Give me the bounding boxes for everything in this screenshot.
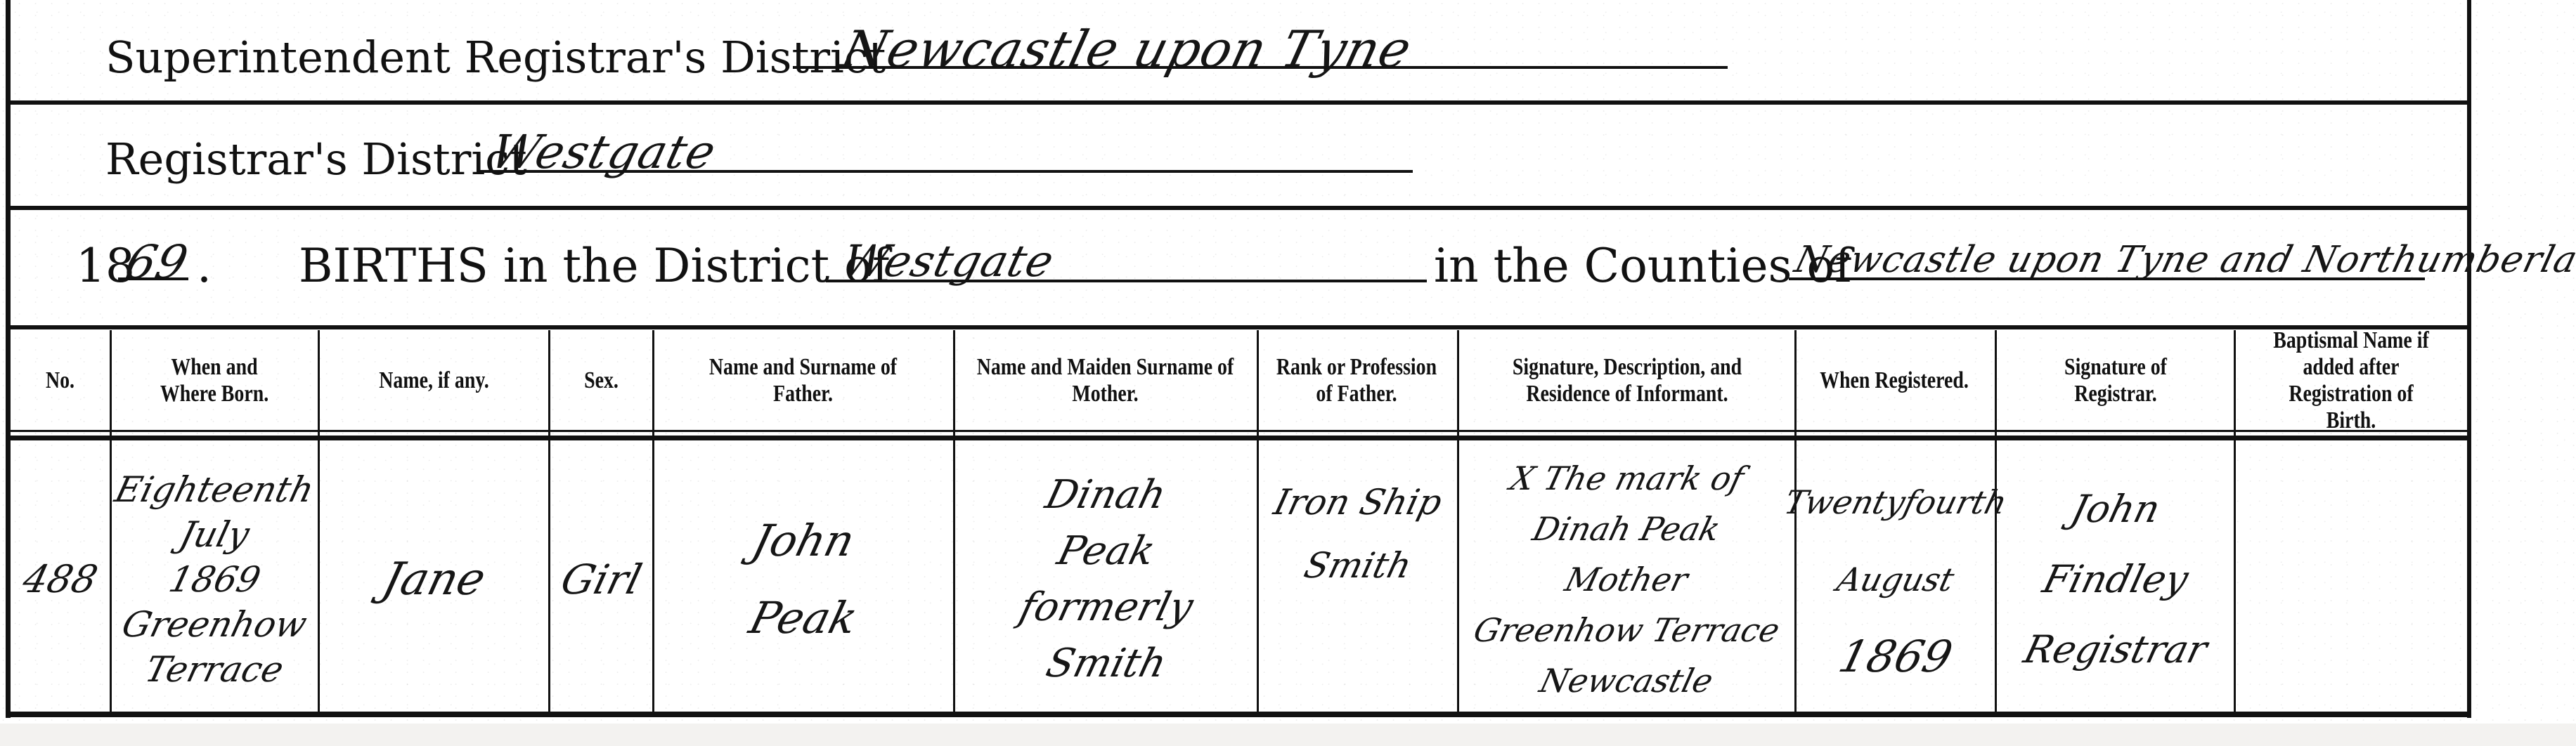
entry-registered: Twentyfourth August 1869 — [1797, 443, 1995, 716]
rule-row2-bottom — [7, 206, 2471, 210]
entry-registrar-line-3: Registrar — [2016, 615, 2215, 685]
entry-profession-line-2: Smith — [1297, 534, 1418, 597]
counties-label: in the Counties of — [1434, 239, 1852, 293]
column-header-no: No. — [20, 332, 101, 430]
entry-father: John Peak — [654, 443, 953, 716]
entry-informant-line-5: Newcastle — [1534, 655, 1719, 706]
entry-father-line-2: Peak — [742, 580, 867, 657]
entry-no: 488 — [11, 443, 110, 716]
entry-no-value: 488 — [18, 556, 102, 603]
entry-registered-line-3: 1869 — [1830, 618, 1960, 695]
rule-header-bottom — [7, 430, 2471, 432]
entry-informant-line-4: Greenhow Terrace — [1468, 605, 1785, 655]
register-page: Superintendent Registrar's District Newc… — [0, 0, 2576, 724]
entry-mother-line-2: Peak — [1051, 523, 1161, 580]
counties-underline — [1789, 277, 2425, 280]
entry-informant-line-2: Dinah Peak — [1527, 504, 1726, 554]
rule-row1-bottom — [7, 100, 2471, 105]
entry-name-value: Jane — [378, 556, 491, 603]
entry-profession: Iron Ship Smith — [1259, 443, 1457, 716]
rule-row3-bottom — [7, 325, 2471, 329]
column-header-sex: Sex. — [559, 332, 643, 430]
counties-value: Newcastle upon Tyne and Northumberland — [1791, 239, 2576, 281]
entry-mother-line-4: Smith — [1040, 636, 1172, 692]
column-header-father: Name and Surname of Father. — [698, 332, 908, 430]
entry-name: Jane — [320, 443, 548, 716]
entry-when-line-2: July — [175, 512, 254, 557]
entry-mother-line-1: Dinah — [1040, 467, 1172, 523]
entry-sex-value: Girl — [556, 556, 646, 603]
column-header-profession: Rank or Profession of Father. — [1270, 332, 1443, 430]
births-district-underline — [826, 280, 1427, 282]
column-header-registered: When Registered. — [1808, 332, 1981, 430]
column-header-informant: Signature, Description, and Residence of… — [1498, 332, 1757, 430]
entry-when-line-4: Greenhow — [117, 602, 311, 647]
entry-registrar: John Findley Registrar — [1997, 443, 2234, 716]
entry-registrar-line-1: John — [2063, 474, 2168, 544]
column-header-registrar: Signature of Registrar. — [2040, 332, 2190, 430]
entry-registered-line-2: August — [1828, 541, 1962, 618]
entry-registrar-line-2: Findley — [2035, 544, 2196, 615]
column-header-mother: Name and Maiden Surname of Mother. — [971, 332, 1239, 430]
entry-mother-line-3: formerly — [1014, 580, 1199, 636]
entry-informant-line-3: Mother — [1560, 554, 1693, 605]
entry-informant-line-1: X The mark of — [1505, 453, 1749, 504]
superintendent-district-label: Superintendent Registrar's District — [105, 32, 886, 83]
entry-when-where: Eighteenth July 1869 Greenhow Terrace — [112, 443, 318, 716]
entry-baptismal — [2236, 443, 2461, 716]
entry-registered-line-1: Twentyfourth — [1775, 464, 2016, 541]
entry-informant: X The mark of Dinah Peak Mother Greenhow… — [1459, 443, 1794, 716]
entry-mother: Dinah Peak formerly Smith — [955, 443, 1257, 716]
entry-when-line-5: Terrace — [141, 647, 288, 692]
entry-father-line-1: John — [744, 502, 863, 580]
entry-profession-line-1: Iron Ship — [1267, 471, 1449, 534]
superintendent-district-underline — [793, 66, 1728, 69]
column-header-name: Name, if any. — [340, 332, 528, 430]
column-header-baptismal: Baptismal Name if added after Registrati… — [2265, 332, 2438, 430]
column-header-when-where: When and Where Born. — [148, 332, 281, 430]
registrar-district-underline — [478, 170, 1413, 173]
births-label: BIRTHS in the District of — [299, 239, 889, 293]
viewer-background-strip — [0, 724, 2576, 746]
entry-sex: Girl — [550, 443, 652, 716]
year-separator: . — [197, 239, 212, 293]
rule-header-bottom-thick — [7, 436, 2471, 440]
entry-when-line-1: Eighteenth — [110, 467, 318, 512]
entry-when-line-3: 1869 — [164, 557, 265, 602]
year-underline — [118, 277, 188, 280]
registrar-district-label: Registrar's District — [105, 133, 527, 185]
superintendent-district-value: Newcastle upon Tyne — [836, 20, 1418, 79]
